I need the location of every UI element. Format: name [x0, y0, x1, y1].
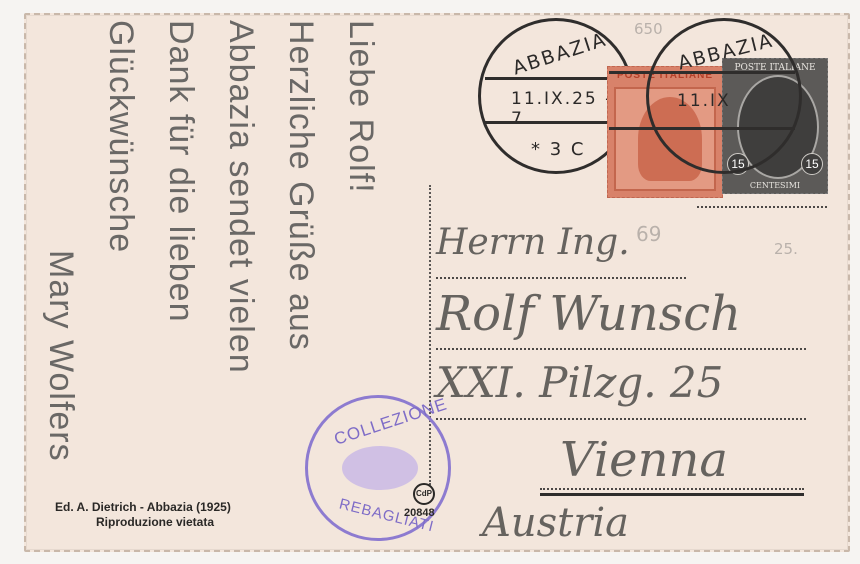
address-street: XXI. Pilzg. 25 — [436, 358, 723, 407]
address-line — [436, 418, 806, 420]
collection-stamp: COLLEZIONE REBAGLIATI — [305, 395, 451, 541]
address-underline — [540, 493, 804, 496]
postmark-right: ABBAZIA 11.IX — [646, 18, 802, 174]
address-line — [540, 488, 804, 490]
message-line: Dank für die lieben — [161, 20, 200, 323]
stamp-line — [697, 206, 827, 208]
address-name: Rolf Wunsch — [436, 286, 741, 342]
address-salutation: Herrn Ing. — [436, 222, 630, 263]
publisher-imprint: Ed. A. Dietrich - Abbazia (1925) Riprodu… — [55, 500, 231, 530]
pencil-note: 25. — [774, 240, 798, 258]
message-line: Abbazia sendet vielen — [221, 20, 260, 374]
message-line: Herzliche Grüße aus — [281, 20, 320, 351]
message-line: Glückwünsche — [101, 20, 140, 253]
serial-number: 20848 — [404, 507, 435, 519]
address-country: Austria — [482, 500, 629, 546]
publisher-logo-icon: CdP — [413, 483, 435, 505]
pencil-note: 69 — [636, 222, 661, 246]
address-city: Vienna — [560, 432, 728, 488]
address-line — [436, 348, 806, 350]
pencil-note: 650 — [634, 20, 663, 38]
message-signature: Mary Wolfers — [41, 250, 80, 462]
address-line — [436, 277, 686, 279]
message-line: Liebe Rolf! — [341, 20, 380, 194]
